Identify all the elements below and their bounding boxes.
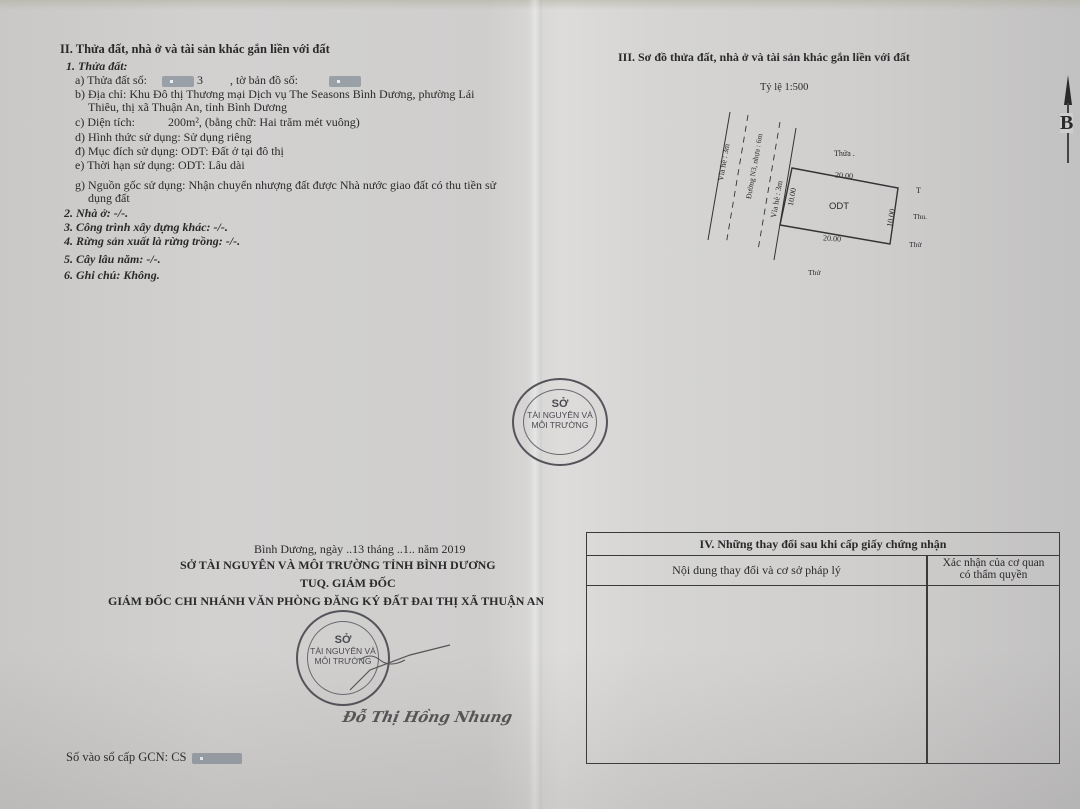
- area-line: c) Diện tích: 200m², (bằng chữ: Hai trăm…: [75, 115, 360, 130]
- house-item: 2. Nhà ở: -/-.: [64, 206, 128, 221]
- map-sheet-label: , tờ bản đồ số:: [230, 73, 298, 87]
- note-item: 6. Ghi chú: Không.: [64, 268, 160, 283]
- tuq-title: TUQ. GIÁM ĐỐC: [300, 576, 396, 591]
- register-number-label: Số vào sổ cấp GCN: CS: [66, 750, 187, 764]
- usage-origin-line-2: dụng đất: [88, 191, 130, 206]
- bottom-length-label: 20.00: [823, 233, 842, 243]
- signer-position: GIÁM ĐỐC CHI NHÁNH VĂN PHÒNG ĐĂNG KÝ ĐẤT…: [108, 594, 544, 609]
- register-number-line: Số vào sổ cấp GCN: CS: [66, 750, 242, 765]
- issuing-org: SỞ TÀI NGUYÊN VÀ MÔI TRƯỜNG TỈNH BÌNH DƯ…: [180, 558, 496, 573]
- changes-table-title: IV. Những thay đổi sau khi cấp giấy chứn…: [587, 533, 1059, 556]
- redacted-register-number: [192, 753, 242, 764]
- redacted-parcel-number: [162, 76, 194, 87]
- changes-table-header: Nội dung thay đổi và cơ sở pháp lý Xác n…: [587, 555, 1059, 586]
- signature-stroke: [340, 640, 460, 700]
- usage-purpose-line: đ) Mục đích sử dụng: ODT: Đất ở tại đô t…: [75, 144, 284, 159]
- neighbor-right-3-label: Thử: [909, 240, 921, 249]
- top-length-label: 20.00: [835, 170, 854, 180]
- redacted-map-sheet-number: [329, 76, 361, 87]
- other-construction-item: 3. Công trình xây dựng khác: -/-.: [64, 220, 228, 235]
- north-label: B: [1060, 113, 1073, 133]
- column-divider: [926, 555, 928, 763]
- north-arrow: B: [1058, 75, 1078, 155]
- land-heading: 1. Thửa đất:: [66, 59, 128, 74]
- seal-line-3: MÔI TRƯỜNG: [514, 420, 606, 430]
- neighbor-top-label: Thửa .: [834, 149, 855, 158]
- address-line-2: Thiêu, thị xã Thuận An, tỉnh Bình Dương: [88, 100, 287, 115]
- neighbor-right-2-label: Thu.: [913, 212, 927, 221]
- north-arrow-head-icon: [1064, 75, 1072, 105]
- parcel-number-label: a) Thửa đất số:: [75, 73, 147, 87]
- scale-label: Tỷ lệ 1:500: [760, 82, 808, 93]
- seal-line-2: TÀI NGUYÊN VÀ: [514, 410, 606, 420]
- area-value: 200m², (bằng chữ: Hai trăm mét vuông): [168, 115, 360, 129]
- signer-name: Đỗ Thị Hồng Nhung: [341, 708, 514, 726]
- column-header-authority-confirmation: Xác nhận của cơ quan có thẩm quyền: [928, 557, 1059, 581]
- issue-date-line: Bình Dương, ngày ..13 tháng ..1.. năm 20…: [254, 542, 466, 557]
- usage-origin-line-1: g) Nguồn gốc sử dụng: Nhận chuyển nhượng…: [75, 178, 496, 193]
- seal-line-1: SỞ: [514, 398, 606, 410]
- parcel-use-label: ODT: [829, 201, 849, 212]
- section-2-title: II. Thửa đất, nhà ở và tài sản khác gắn …: [60, 42, 330, 57]
- official-seal-middle: SỞ TÀI NGUYÊN VÀ MÔI TRƯỜNG: [512, 378, 608, 466]
- planted-forest-item: 4. Rừng sản xuất là rừng trồng: -/-.: [64, 234, 240, 249]
- neighbor-bottom-label: Thử: [808, 268, 820, 277]
- changes-table: IV. Những thay đổi sau khi cấp giấy chứn…: [586, 532, 1060, 764]
- column-header-change-content: Nội dung thay đổi và cơ sở pháp lý: [587, 555, 926, 585]
- area-label: c) Diện tích:: [75, 115, 135, 129]
- neighbor-right-1-label: T: [916, 186, 921, 195]
- usage-form-line: d) Hình thức sử dụng: Sử dụng riêng: [75, 130, 252, 145]
- usage-term-line: e) Thời hạn sử dụng: ODT: Lâu dài: [75, 158, 245, 173]
- parcel-number-line: a) Thửa đất số: 3 , tờ bản đồ số:: [75, 73, 361, 88]
- perennial-tree-item: 5. Cây lâu năm: -/-.: [64, 252, 161, 267]
- section-3-title: III. Sơ đồ thửa đất, nhà ở và tài sản kh…: [618, 50, 910, 65]
- parcel-number-suffix: 3: [197, 73, 203, 87]
- parcel-diagram: [700, 110, 960, 290]
